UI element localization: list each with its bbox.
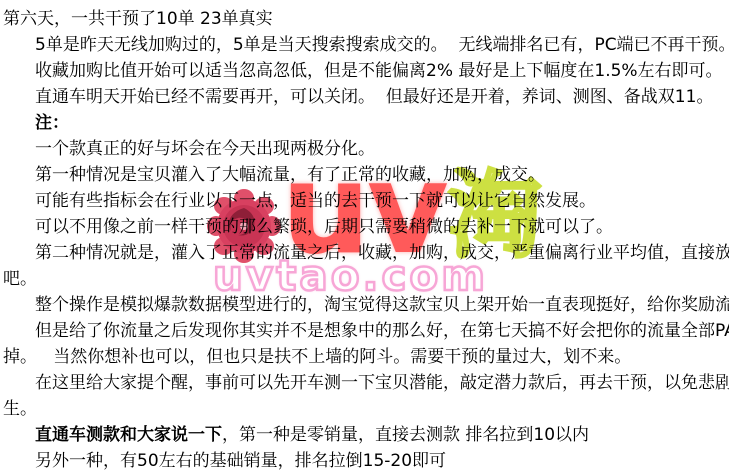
text-line: 直通车明天开始已经不需要再开，可以关闭。 但最好还是开着，养词、测图、备战双11…	[3, 84, 729, 110]
text-line-wrap: 生。	[3, 396, 729, 422]
text-line-title: 第六天，一共干预了10单 23单真实	[3, 6, 729, 32]
text-line: 5单是昨天无线加购过的，5单是当天搜索搜索成交的。 无线端排名已有，PC端已不再…	[3, 32, 729, 58]
text-line: 可以不用像之前一样干预的那么繁琐，后期只需要稍微的去补一下就可以了。	[3, 214, 729, 240]
document-body: 第六天，一共干预了10单 23单真实 5单是昨天无线加购过的，5单是当天搜索搜索…	[0, 0, 729, 472]
text-line: 一个款真正的好与坏会在今天出现两极分化。	[3, 136, 729, 162]
text-line: 另外一种，有50左右的基础销量，排名拉倒15-20即可	[3, 448, 729, 472]
text-line-wrap: 掉。 当然你想补也可以，但也只是扶不上墙的阿斗。需要干预的量过大，划不来。	[3, 344, 729, 370]
text-line: 第二种情况就是，灌入了正常的流量之后，收藏，加购，成交，严重偏离行业平均值，直接…	[3, 240, 729, 266]
text-line: 但是给了你流量之后发现你其实并不是想象中的那么好，在第七天搞不好会把你的流量全部…	[3, 318, 729, 344]
text-line: 第一种情况是宝贝灌入了大幅流量，有了正常的收藏，加购，成交。	[3, 162, 729, 188]
text-line-cezhuan-heading: 直通车测款和大家说一下，第一种是零销量，直接去测款 排名拉到10以内	[3, 422, 729, 448]
text-line-wrap: 吧。	[3, 266, 729, 292]
text-line: 收藏加购比值开始可以适当忽高忽低，但是不能偏离2% 最好是上下幅度在1.5%左右…	[3, 58, 729, 84]
text-line: 整个操作是模拟爆款数据模型进行的，淘宝觉得这款宝贝上架开始一直表现挺好，给你奖励…	[3, 292, 729, 318]
text-line: 在这里给大家提个醒，事前可以先开车测一下宝贝潜能，敲定潜力款后，再去干预，以免悲…	[3, 370, 729, 396]
text-line: 可能有些指标会在行业以下一点，适当的去干预一下就可以让它自然发展。	[3, 188, 729, 214]
text-line-note-heading: 注：	[3, 110, 729, 136]
document-page: { "page": { "background_color": "#ffffff…	[0, 0, 729, 472]
